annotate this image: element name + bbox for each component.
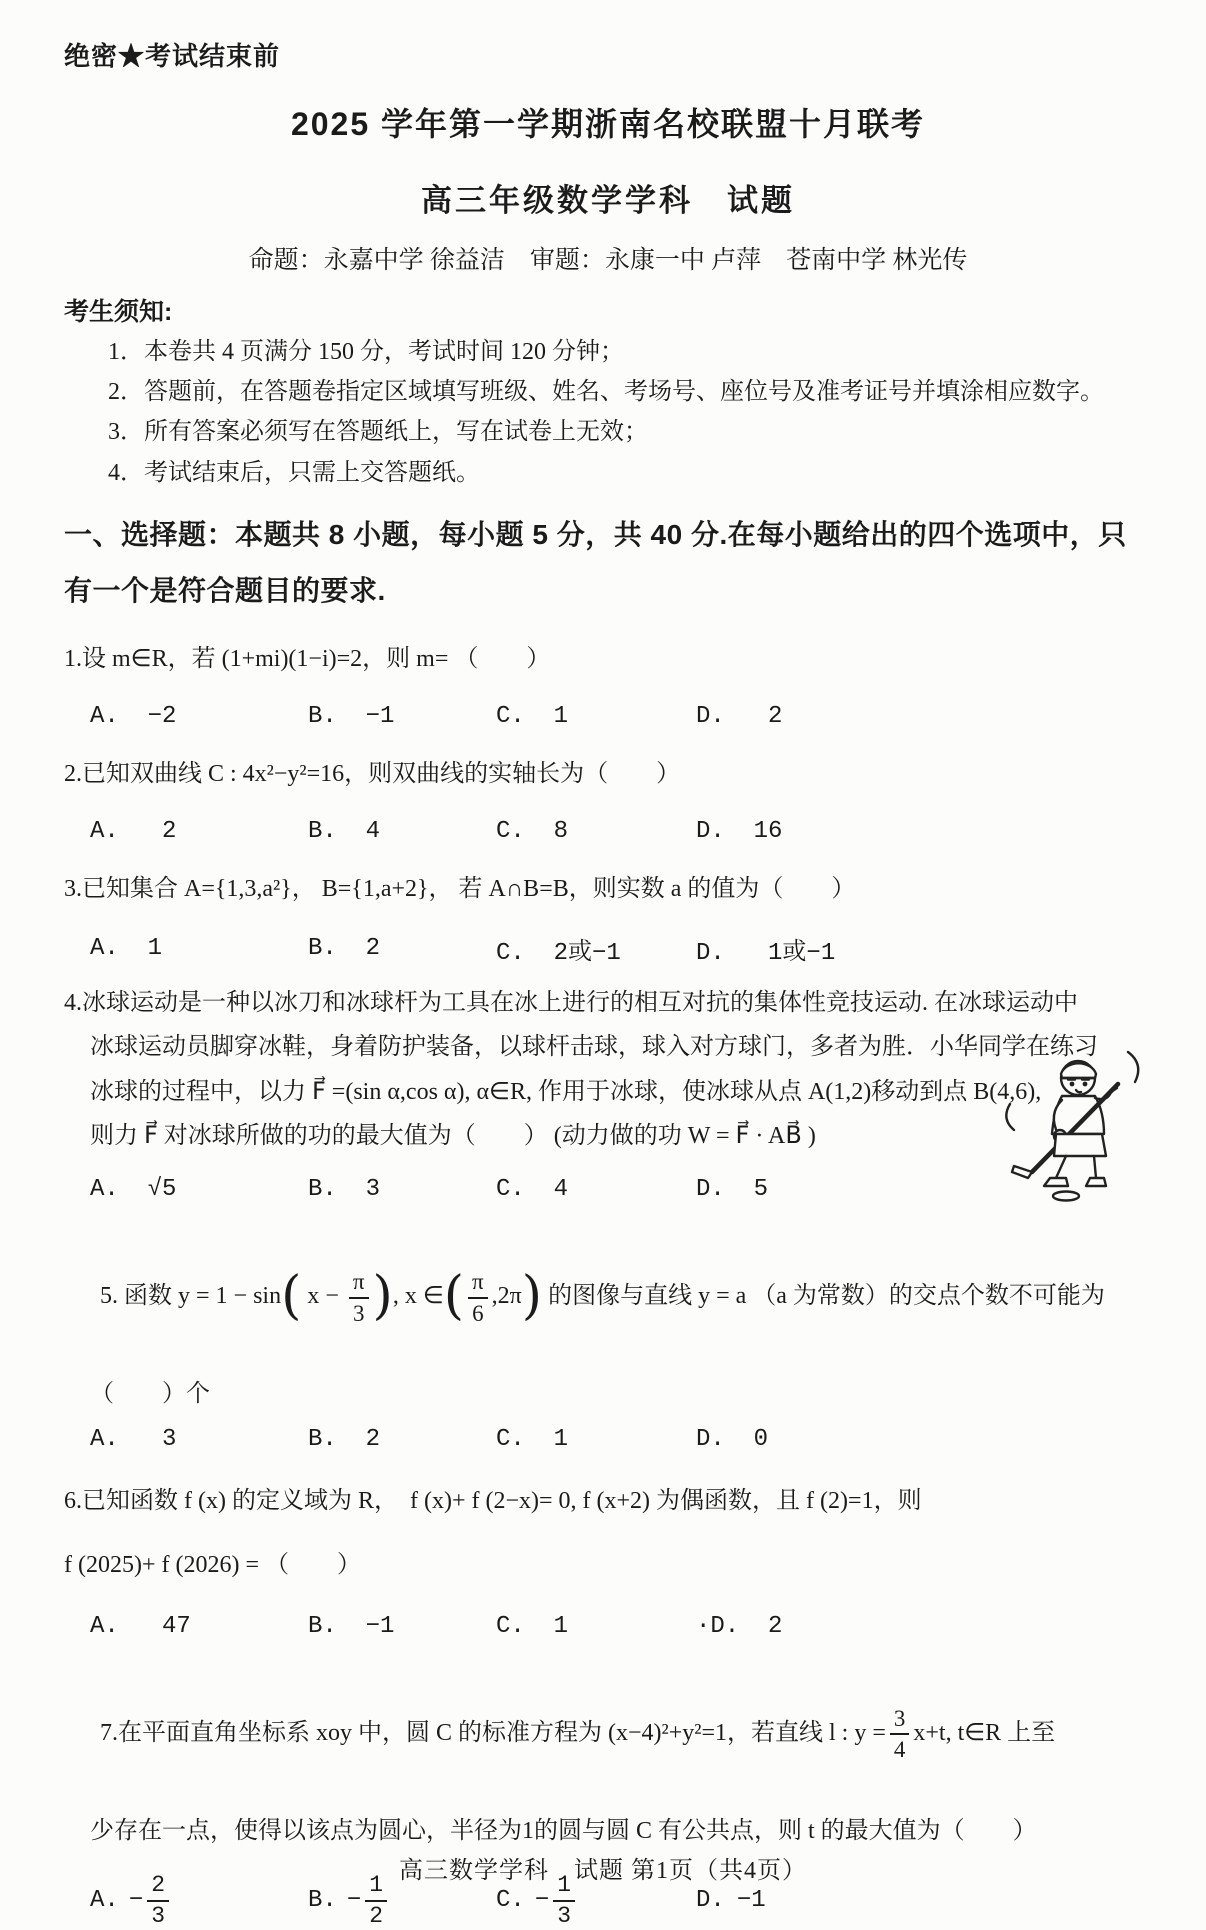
question-3: 3.已知集合 A={1,3,a²}， B={1,a+2}， 若 A∩B=B，则实… xyxy=(64,871,1152,967)
q3-option-a: A. 1 xyxy=(90,935,308,962)
q7-stem-text: 7.在平面直角坐标系 xoy 中，圆 C 的标准方程为 (x−4)²+y²=1，… xyxy=(100,1720,886,1746)
question-1-options: A. −2 B. −1 C. 1 D. 2 xyxy=(64,703,1152,730)
q1-option-d: D. 2 xyxy=(696,703,1152,730)
q1-option-b: B. −1 xyxy=(308,703,496,730)
q3-option-b: B. 2 xyxy=(308,935,496,962)
q2-option-c: C. 8 xyxy=(496,818,696,845)
notice-item-3: 3．所有答案必须写在答题纸上，写在试卷上无效； xyxy=(64,417,1152,448)
fraction-3-4: 34 xyxy=(890,1706,910,1763)
question-5-stem: 5. 函数 y = 1 − sin( x − π3), x ∈(π6,2π) 的… xyxy=(64,1233,1152,1362)
option-value: −1 xyxy=(737,1887,766,1914)
left-paren: ( xyxy=(281,1266,301,1326)
fraction-denominator: 2 xyxy=(365,1902,387,1929)
question-5-options: A. 3 B. 2 C. 1 D. 0 xyxy=(64,1426,1152,1453)
question-4-options: A. √5 B. 3 C. 4 D. 5 xyxy=(64,1176,1152,1203)
exam-paper-page: 绝密★考试结束前 2025 学年第一学期浙南名校联盟十月联考 高三年级数学学科 … xyxy=(0,0,1206,1930)
setters-line: 命题：永嘉中学 徐益洁 审题：永康一中 卢萍 苍南中学 林光传 xyxy=(64,240,1152,276)
notice-item-4: 4．考试结束后，只需上交答题纸。 xyxy=(64,458,1152,489)
fraction-denominator: 3 xyxy=(553,1902,575,1929)
notice-label: 考生须知: xyxy=(64,292,1152,328)
q5-option-d: D. 0 xyxy=(696,1426,1152,1453)
hockey-player-illustration xyxy=(1002,1044,1152,1202)
q5-stem-text: , x ∈ xyxy=(393,1283,444,1309)
question-7-stem: 7.在平面直角坐标系 xoy 中，圆 C 的标准方程为 (x−4)²+y²=1，… xyxy=(64,1670,1152,1799)
q6-option-d: ·D. 2 xyxy=(696,1613,1152,1640)
option-label: C. xyxy=(496,1887,525,1914)
question-2: 2.已知双曲线 C : 4x²−y²=16，则双曲线的实轴长为（ ） A. 2 … xyxy=(64,756,1152,845)
fraction-numerator: π xyxy=(468,1269,488,1298)
option-label: A. xyxy=(90,1887,119,1914)
q7-option-d: D.−1 xyxy=(696,1887,1152,1914)
question-2-options: A. 2 B. 4 C. 8 D. 16 xyxy=(64,818,1152,845)
q3-option-d: D. 1或−1 xyxy=(696,931,1152,967)
question-4-stem-line4: 则力 F⃗ 对冰球所做的功的最大值为（ ） (动力做的功 W = F⃗ · AB… xyxy=(64,1114,1152,1158)
question-3-options: A. 1 B. 2 C. 2或−1 D. 1或−1 xyxy=(64,931,1152,967)
q4-option-c: C. 4 xyxy=(496,1176,696,1203)
minus-sign: − xyxy=(129,1887,143,1914)
q5-stem-text: 的图像与直线 y = a （a 为常数）的交点个数不可能为 xyxy=(542,1283,1105,1309)
fraction-numerator: 3 xyxy=(890,1706,910,1735)
question-3-stem: 3.已知集合 A={1,3,a²}， B={1,a+2}， 若 A∩B=B，则实… xyxy=(64,871,1152,907)
q4-option-b: B. 3 xyxy=(308,1176,496,1203)
notice-item-2: 2．答题前，在答题卷指定区域填写班级、姓名、考场号、座位号及准考证号并填涂相应数… xyxy=(64,377,1152,408)
option-label: D. xyxy=(696,1887,725,1914)
q5-stem-text: ,2π xyxy=(492,1283,522,1309)
classification-banner: 绝密★考试结束前 xyxy=(64,36,1152,73)
right-paren: ) xyxy=(373,1266,393,1326)
fraction-denominator: 4 xyxy=(890,1735,910,1762)
q1-option-a: A. −2 xyxy=(90,703,308,730)
fraction-denominator: 3 xyxy=(147,1902,169,1929)
q5-option-c: C. 1 xyxy=(496,1426,696,1453)
fraction-pi-3: π3 xyxy=(349,1269,369,1326)
question-6-stem-line2: f (2025)+ f (2026) = （ ） xyxy=(64,1547,1152,1583)
notice-item-1: 1．本卷共 4 页满分 150 分，考试时间 120 分钟； xyxy=(64,337,1152,368)
question-6: 6.已知函数 f (x) 的定义域为 R， f (x)+ f (2−x)= 0,… xyxy=(64,1483,1152,1640)
q5-option-b: B. 2 xyxy=(308,1426,496,1453)
q2-option-d: D. 16 xyxy=(696,818,1152,845)
question-4-stem-line2: 冰球运动员脚穿冰鞋，身着防护装备，以球杆击球，球入对方球门，多者为胜．小华同学在… xyxy=(64,1025,1152,1069)
question-4-stem-line3: 冰球的过程中，以力 F⃗ =(sin α,cos α), α∈R, 作用于冰球，… xyxy=(64,1070,1152,1114)
question-2-stem: 2.已知双曲线 C : 4x²−y²=16，则双曲线的实轴长为（ ） xyxy=(64,756,1152,792)
q3-option-c: C. 2或−1 xyxy=(496,931,696,967)
right-paren: ) xyxy=(522,1266,542,1326)
q1-option-c: C. 1 xyxy=(496,703,696,730)
fraction-denominator: 3 xyxy=(349,1299,369,1326)
q4-option-a: A. √5 xyxy=(90,1176,308,1203)
question-6-stem-line1: 6.已知函数 f (x) 的定义域为 R， f (x)+ f (2−x)= 0,… xyxy=(64,1483,1152,1519)
fraction-denominator: 6 xyxy=(468,1299,488,1326)
question-5: 5. 函数 y = 1 − sin( x − π3), x ∈(π6,2π) 的… xyxy=(64,1233,1152,1453)
question-4-stem-line1: 4.冰球运动是一种以冰刀和冰球杆为工具在冰上进行的相互对抗的集体性竞技运动. 在… xyxy=(64,981,1152,1025)
minus-sign: − xyxy=(535,1887,549,1914)
question-6-options: A. 47 B. −1 C. 1 ·D. 2 xyxy=(64,1613,1152,1640)
q6-option-b: B. −1 xyxy=(308,1613,496,1640)
q2-option-a: A. 2 xyxy=(90,818,308,845)
option-label: B. xyxy=(308,1887,337,1914)
paper-subtitle: 高三年级数学学科 试题 xyxy=(64,175,1152,220)
left-paren: ( xyxy=(444,1266,464,1326)
q6-option-a: A. 47 xyxy=(90,1613,308,1640)
question-4: 4.冰球运动是一种以冰刀和冰球杆为工具在冰上进行的相互对抗的集体性竞技运动. 在… xyxy=(64,981,1152,1204)
q2-option-b: B. 4 xyxy=(308,818,496,845)
section-1-heading: 一、选择题：本题共 8 小题，每小题 5 分，共 40 分.在每小题给出的四个选… xyxy=(64,507,1152,619)
question-7: 7.在平面直角坐标系 xoy 中，圆 C 的标准方程为 (x−4)²+y²=1，… xyxy=(64,1670,1152,1929)
q5-stem-text: 5. 函数 y = 1 − sin xyxy=(100,1283,281,1309)
q7-stem-text: x+t, t∈R 上至 xyxy=(913,1720,1055,1746)
exam-title: 2025 学年第一学期浙南名校联盟十月联考 xyxy=(64,99,1152,145)
question-5-stem-line2: （ ）个 xyxy=(64,1376,1152,1412)
question-7-stem-line2: 少存在一点，使得以该点为圆心，半径为1的圆与圆 C 有公共点，则 t 的最大值为… xyxy=(64,1813,1152,1849)
page-footer: 高三数学学科 试题 第1页（共4页） xyxy=(0,1850,1206,1885)
question-1-stem: 1.设 m∈R，若 (1+mi)(1−i)=2，则 m= （ ） xyxy=(64,641,1152,677)
q6-option-c: C. 1 xyxy=(496,1613,696,1640)
fraction-pi-6: π6 xyxy=(468,1269,488,1326)
q5-option-a: A. 3 xyxy=(90,1426,308,1453)
question-1: 1.设 m∈R，若 (1+mi)(1−i)=2，则 m= （ ） A. −2 B… xyxy=(64,641,1152,730)
q5-stem-text: x − xyxy=(301,1283,345,1309)
minus-sign: − xyxy=(347,1887,361,1914)
fraction-numerator: π xyxy=(349,1269,369,1298)
